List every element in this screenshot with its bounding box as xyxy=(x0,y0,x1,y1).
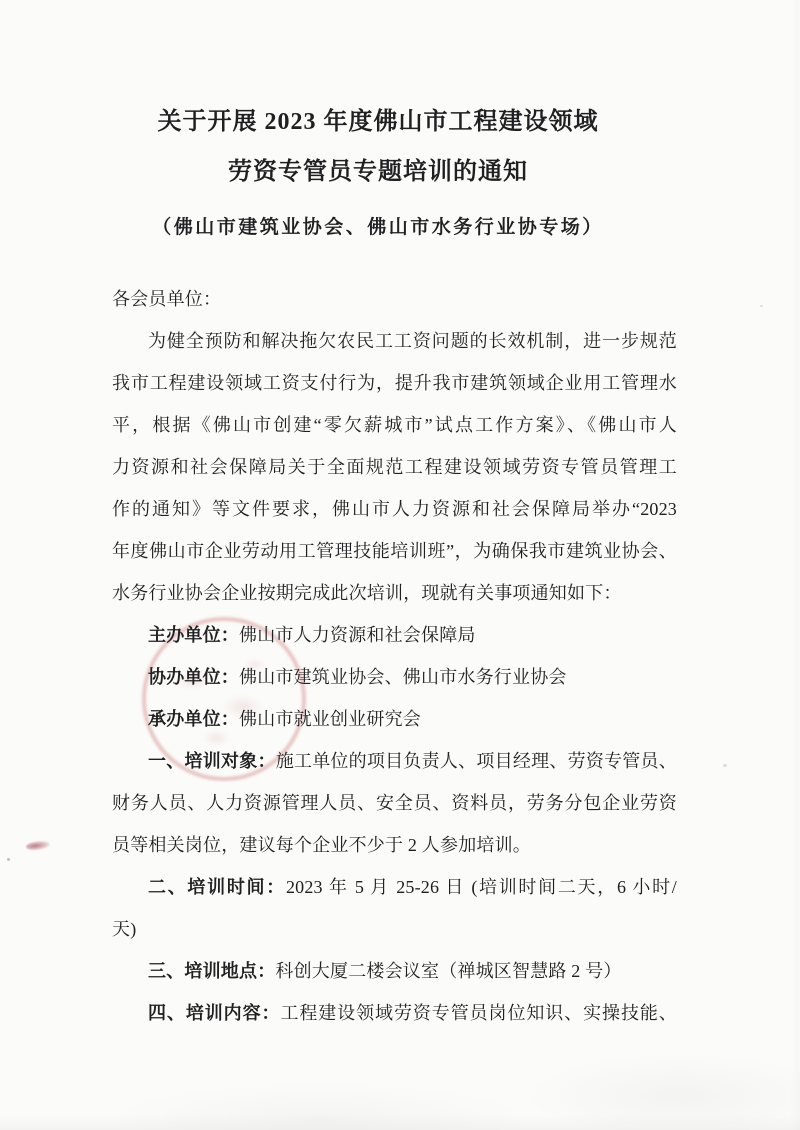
line-text: 水务行业协会企业按期完成此次培训，现就有关事项通知如下： xyxy=(112,583,622,603)
line-text: 员等相关岗位，建议每个企业不少于 2 人参加培训。 xyxy=(112,835,531,855)
body-line: 我市工程建设领域工资支付行为，提升我市建筑领域企业用工管理水 xyxy=(112,362,677,404)
document-subtitle: （佛山市建筑业协会、佛山市水务行业协专场） xyxy=(0,211,800,245)
body-line-undertaker: 承办单位：佛山市就业创业研究会 xyxy=(112,698,677,740)
document-title: 关于开展 2023 年度佛山市工程建设领域 劳资专管员专题培训的通知 xyxy=(0,97,800,197)
body-line: 为健全预防和解决拖欠农民工工资问题的长效机制，进一步规范 xyxy=(112,320,677,362)
body-line-training-content: 四、培训内容：工程建设领域劳资专管员岗位知识、实操技能、 xyxy=(112,992,677,1034)
line-label: 二、培训时间： xyxy=(148,877,286,897)
line-text: 作的通知》等文件要求，佛山市人力资源和社会保障局举办“2023 xyxy=(112,499,677,519)
line-label: 四、培训内容： xyxy=(148,1003,280,1023)
line-text: 我市工程建设领域工资支付行为，提升我市建筑领域企业用工管理水 xyxy=(112,373,677,393)
line-text: 2023 年 5 月 25-26 日 (培训时间二天，6 小时/ xyxy=(286,877,677,897)
body-line: 作的通知》等文件要求，佛山市人力资源和社会保障局举办“2023 xyxy=(112,488,677,530)
line-text: 财务人员、人力资源管理人员、安全员、资料员，劳务分包企业劳资 xyxy=(112,793,677,813)
scanned-notice-page: 关于开展 2023 年度佛山市工程建设领域 劳资专管员专题培训的通知 （佛山市建… xyxy=(0,0,800,1130)
line-text: 施工单位的项目负责人、项目经理、劳资专管员、 xyxy=(276,751,677,771)
line-text: 科创大厦二楼会议室（禅城区智慧路 2 号） xyxy=(275,961,621,981)
line-label: 一、培训对象： xyxy=(148,751,276,771)
body-line-training-time: 二、培训时间：2023 年 5 月 25-26 日 (培训时间二天，6 小时/ xyxy=(112,866,677,908)
title-line-1: 关于开展 2023 年度佛山市工程建设领域 xyxy=(0,97,756,147)
body-line-training-venue: 三、培训地点：科创大厦二楼会议室（禅城区智慧路 2 号） xyxy=(112,950,677,992)
line-label: 承办单位： xyxy=(148,709,239,729)
line-label: 协办单位： xyxy=(148,667,239,687)
document-body: 各会员单位： 为健全预防和解决拖欠农民工工资问题的长效机制，进一步规范 我市工程… xyxy=(0,278,800,1034)
line-text: 各会员单位： xyxy=(112,289,221,309)
body-line: 年度佛山市企业劳动用工管理技能培训班”，为确保我市建筑业协会、 xyxy=(112,530,677,572)
line-text: 天) xyxy=(112,919,136,939)
body-line-organizer: 主办单位：佛山市人力资源和社会保障局 xyxy=(112,614,677,656)
body-line: 力资源和社会保障局关于全面规范工程建设领域劳资专管员管理工 xyxy=(112,446,677,488)
body-line: 天) xyxy=(112,908,677,950)
body-line: 水务行业协会企业按期完成此次培训，现就有关事项通知如下： xyxy=(112,572,677,614)
line-label: 三、培训地点： xyxy=(148,961,275,981)
body-line-training-target: 一、培训对象：施工单位的项目负责人、项目经理、劳资专管员、 xyxy=(112,740,677,782)
line-text: 工程建设领域劳资专管员岗位知识、实操技能、 xyxy=(280,1003,677,1023)
body-line: 平，根据《佛山市创建“零欠薪城市”试点工作方案》、《佛山市人 xyxy=(112,404,677,446)
line-text: 力资源和社会保障局关于全面规范工程建设领域劳资专管员管理工 xyxy=(112,457,677,477)
line-text: 佛山市建筑业协会、佛山市水务行业协会 xyxy=(239,667,567,687)
line-text: 为健全预防和解决拖欠农民工工资问题的长效机制，进一步规范 xyxy=(148,331,677,351)
line-label: 主办单位： xyxy=(148,625,239,645)
body-line: 员等相关岗位，建议每个企业不少于 2 人参加培训。 xyxy=(112,824,677,866)
line-text: 平，根据《佛山市创建“零欠薪城市”试点工作方案》、《佛山市人 xyxy=(112,415,677,435)
body-line-co-organizer: 协办单位：佛山市建筑业协会、佛山市水务行业协会 xyxy=(112,656,677,698)
body-line: 财务人员、人力资源管理人员、安全员、资料员，劳务分包企业劳资 xyxy=(112,782,677,824)
body-line-salutation: 各会员单位： xyxy=(112,278,677,320)
line-text: 佛山市就业创业研究会 xyxy=(239,709,421,729)
line-text: 年度佛山市企业劳动用工管理技能培训班”，为确保我市建筑业协会、 xyxy=(112,541,677,561)
line-text: 佛山市人力资源和社会保障局 xyxy=(239,625,476,645)
title-line-2: 劳资专管员专题培训的通知 xyxy=(0,147,756,197)
